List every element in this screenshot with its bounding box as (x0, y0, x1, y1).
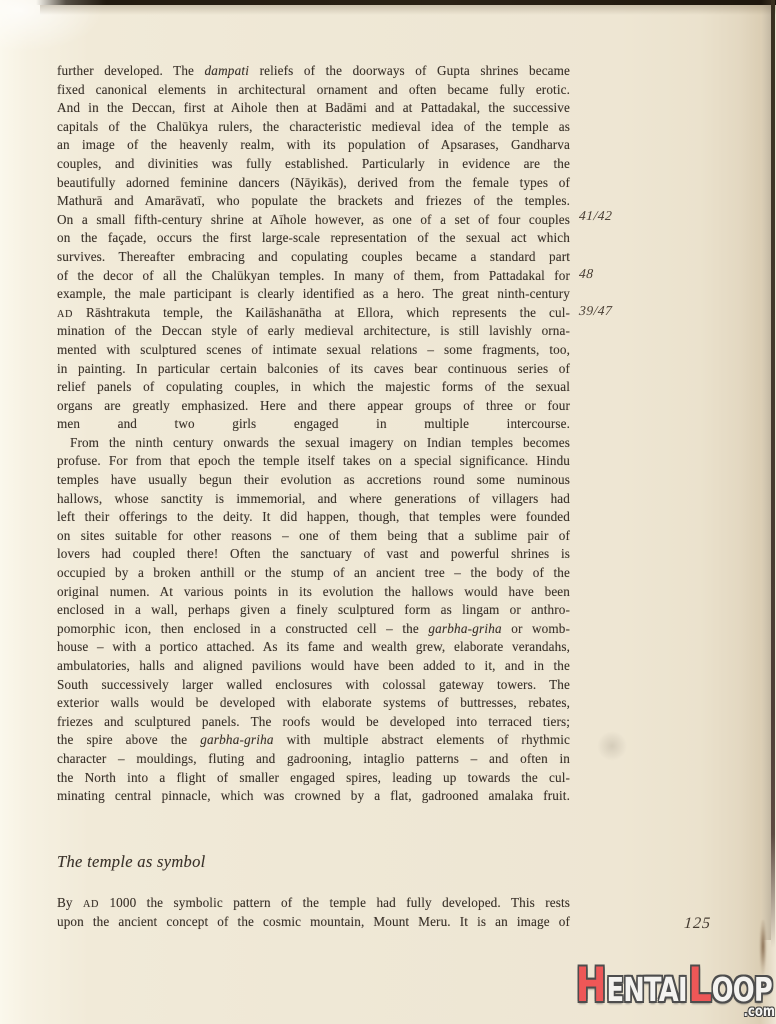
figure-reference: 41/42 (578, 208, 639, 224)
page-right-edge (771, 0, 775, 948)
page-top-edge-shadow (40, 5, 776, 15)
figure-reference: 39/47 (578, 303, 639, 319)
text-line: hallows, whose sanctity is immemorial, a… (57, 490, 570, 509)
text-line: an image of the heavenly realm, with its… (57, 136, 570, 155)
book-page-scan: further developed. The dampati reliefs o… (0, 0, 776, 1024)
text-line: exterior walls would be developed with e… (57, 694, 570, 713)
text-line: of the decor of all the Chalūkyan temple… (57, 267, 570, 286)
text-line: survives. Thereafter embracing and copul… (57, 248, 570, 267)
text-line: further developed. The dampati reliefs o… (57, 62, 570, 81)
watermark-logo: HENTAILOOP .com (576, 962, 774, 1014)
text-line: enclosed in a wall, perhaps given a fine… (57, 601, 570, 620)
text-line: in painting. In particular certain balco… (57, 360, 570, 379)
text-line: minating central pinnacle, which was cro… (57, 787, 570, 806)
text-line: left their offerings to the deity. It di… (57, 508, 570, 527)
text-line: By AD 1000 the symbolic pattern of the t… (57, 894, 570, 913)
text-line: And in the Deccan, first at Aihole then … (57, 99, 570, 118)
watermark-letter-l: L (689, 962, 712, 1009)
text-line: original numen. At various points in its… (57, 583, 570, 602)
text-line: relief panels of copulating couples, in … (57, 378, 570, 397)
text-line: example, the male participant is clearly… (57, 285, 570, 304)
figure-reference: 48 (578, 266, 639, 282)
text-line: temples have usually begun their evoluti… (57, 471, 570, 490)
text-line: character – mouldings, fluting and gadro… (57, 750, 570, 769)
watermark-dotcom: .com (744, 1002, 776, 1020)
text-line: the spire above the garbha-griha with mu… (57, 731, 570, 750)
text-line: pomorphic icon, then enclosed in a const… (57, 620, 570, 639)
text-line: house – with a portico attached. As its … (57, 638, 570, 657)
page-right-edge-shadow (761, 0, 771, 940)
text-line: on the façade, occurs the first large-sc… (57, 229, 570, 248)
text-line: lovers had coupled there! Often the sanc… (57, 545, 570, 564)
text-line: friezes and sculptured panels. The roofs… (57, 713, 570, 732)
watermark-text-entai: ENTAI (607, 973, 689, 1006)
watermark-letter-h: H (576, 962, 607, 1009)
text-line: profuse. For from that epoch the temple … (57, 452, 570, 471)
text-line: AD Rāshtrakuta temple, the Kailāshanātha… (57, 304, 570, 323)
text-line: mented with sculptured scenes of intimat… (57, 341, 570, 360)
body-text-block: further developed. The dampati reliefs o… (57, 62, 570, 806)
section-heading: The temple as symbol (57, 852, 206, 872)
text-line: Mathurā and Amarāvatī, who populate the … (57, 192, 570, 211)
text-line: ambulatories, halls and aligned pavilion… (57, 657, 570, 676)
text-line: upon the ancient concept of the cosmic m… (57, 913, 570, 932)
text-line: capitals of the Chalūkya rulers, the cha… (57, 118, 570, 137)
text-line: beautifully adorned feminine dancers (Nā… (57, 174, 570, 193)
text-line: mination of the Deccan style of early me… (57, 322, 570, 341)
text-line: the North into a flight of smaller engag… (57, 769, 570, 788)
text-line: couples, and divinities was fully establ… (57, 155, 570, 174)
text-line: occupied by a broken anthill or the stum… (57, 564, 570, 583)
text-line: From the ninth century onwards the sexua… (57, 434, 570, 453)
page-number: 125 (683, 915, 711, 933)
text-line: organs are greatly emphasized. Here and … (57, 397, 570, 416)
text-line: men and two girls engaged in multiple in… (57, 415, 570, 434)
closing-text-block: By AD 1000 the symbolic pattern of the t… (57, 894, 570, 931)
text-line: fixed canonical elements in architectura… (57, 81, 570, 100)
text-line: South successively larger walled enclosu… (57, 676, 570, 695)
text-line: On a small fifth-century shrine at Aīhol… (57, 211, 570, 230)
text-line: on sites suitable for other reasons – on… (57, 527, 570, 546)
